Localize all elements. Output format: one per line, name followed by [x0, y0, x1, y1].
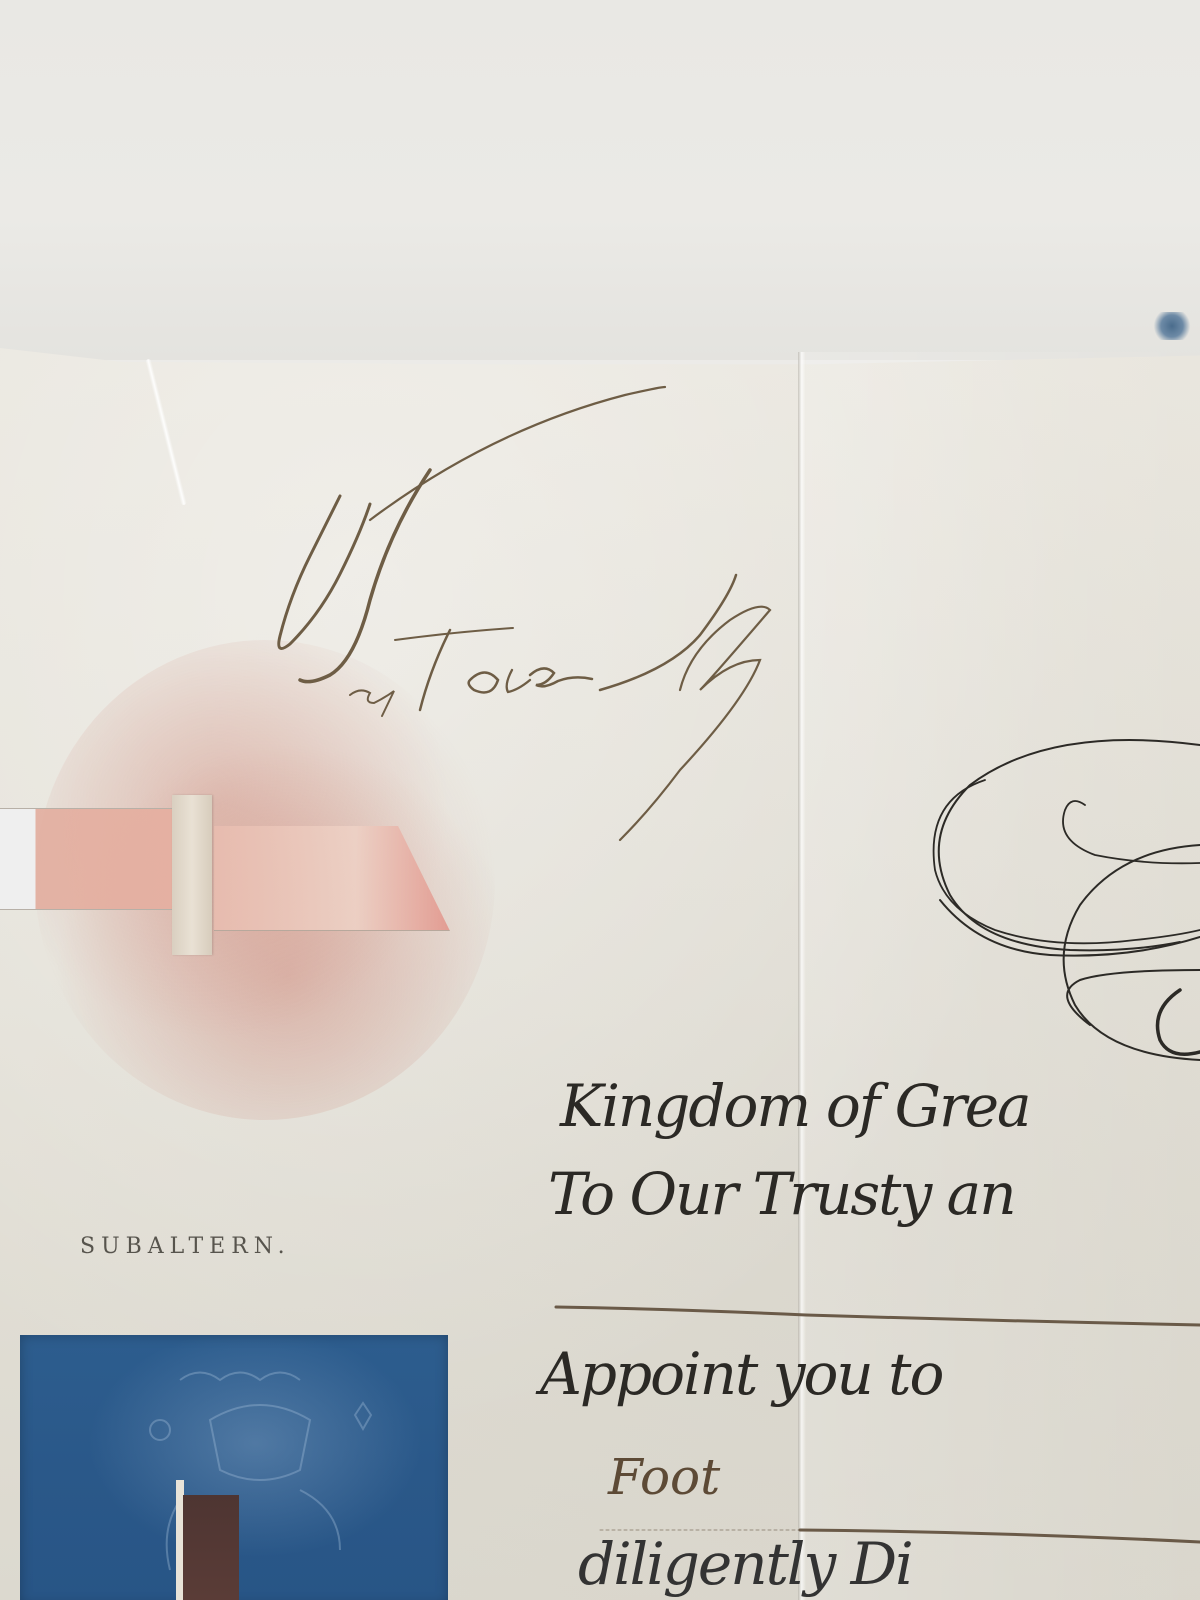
seal-ribbon-left — [0, 808, 180, 910]
printed-line-trusty: To Our Trusty an — [548, 1160, 1015, 1228]
paper-fold — [798, 352, 806, 1600]
form-label: SUBALTERN. — [80, 1234, 291, 1259]
right-panel — [806, 352, 1200, 1600]
background-wall — [0, 0, 1200, 360]
royal-arms-emboss-icon — [120, 1350, 400, 1590]
printed-line-diligently: diligently Di — [578, 1530, 912, 1598]
printed-line-appoint: Appoint you to — [540, 1340, 942, 1408]
stamp-tape — [183, 1495, 239, 1600]
seal-paper-tab — [172, 795, 212, 955]
handwritten-fill-foot: Foot — [608, 1448, 720, 1506]
printed-line-kingdom: Kingdom of Grea — [560, 1072, 1030, 1140]
blue-speck — [1152, 312, 1192, 340]
